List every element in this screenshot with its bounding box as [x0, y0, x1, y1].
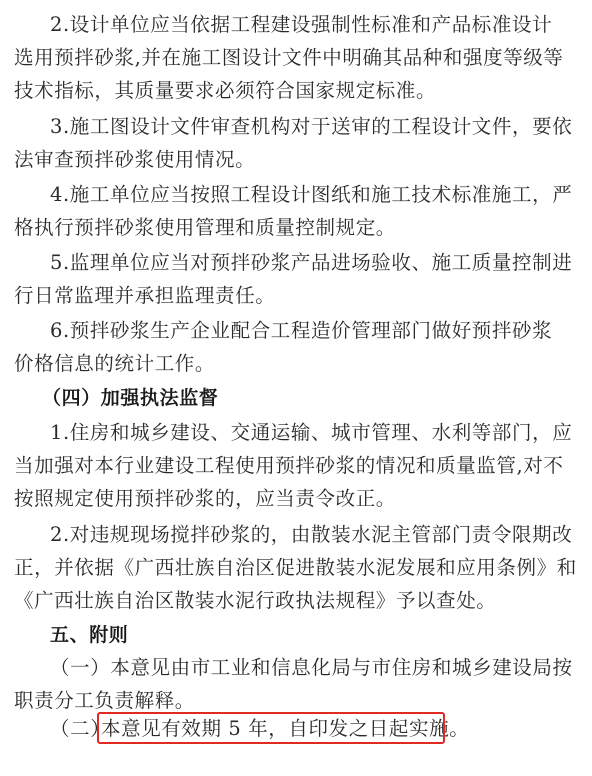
enforcement-item-2-line-1: 2.对违规现场搅拌砂浆的，由散装水泥主管部门责令限期改 [50, 520, 572, 550]
enforcement-item-1-line-3: 按照规定使用预拌砂浆的，应当责令改正。 [14, 484, 396, 514]
red-highlight-box [97, 712, 445, 744]
enforcement-item-2-line-3: 《广西壮族自治区散装水泥行政执法规程》予以查处。 [14, 586, 496, 616]
paragraph-6-line-2: 价格信息的统计工作。 [14, 349, 215, 379]
paragraph-5-line-2: 行日常监理并承担监理责任。 [14, 281, 275, 311]
document-page: 2.设计单位应当依据工程建设强制性标准和产品标准设计 选用预拌砂浆,并在施工图设… [0, 0, 592, 776]
paragraph-4-line-1: 4.施工单位应当按照工程设计图纸和施工技术标准施工，严 [50, 180, 572, 210]
paragraph-2-line-3: 技术指标，其质量要求必须符合国家规定标准。 [14, 76, 436, 106]
paragraph-2-line-2: 选用预拌砂浆,并在施工图设计文件中明确其品种和强度等级等 [14, 43, 564, 73]
paragraph-5-line-1: 5.监理单位应当对预拌砂浆产品进场验收、施工质量控制进 [50, 248, 572, 278]
paragraph-2-line-1: 2.设计单位应当依据工程建设强制性标准和产品标准设计 [50, 10, 552, 40]
section-heading-5: 五、附则 [50, 620, 128, 650]
section-heading-4: （四）加强执法监督 [42, 383, 218, 413]
enforcement-item-1-line-1: 1.住房和城乡建设、交通运输、城市管理、水利等部门，应 [50, 418, 572, 448]
appendix-item-1-line-1: （一）本意见由市工业和信息化局与市住房和城乡建设局按 [50, 653, 573, 683]
enforcement-item-1-line-2: 当加强对本行业建设工程使用预拌砂浆的情况和质量监管,对不 [14, 451, 564, 481]
paragraph-3-line-2: 法审查预拌砂浆使用情况。 [14, 145, 255, 175]
paragraph-3-line-1: 3.施工图设计文件审查机构对于送审的工程设计文件，要依 [50, 112, 572, 142]
paragraph-4-line-2: 格执行预拌砂浆使用管理和质量控制规定。 [14, 213, 396, 243]
enforcement-item-2-line-2: 正，并依据《广西壮族自治区促进散装水泥发展和应用条例》和 [14, 553, 577, 583]
paragraph-6-line-1: 6.预拌砂浆生产企业配合工程造价管理部门做好预拌砂浆 [50, 316, 552, 346]
